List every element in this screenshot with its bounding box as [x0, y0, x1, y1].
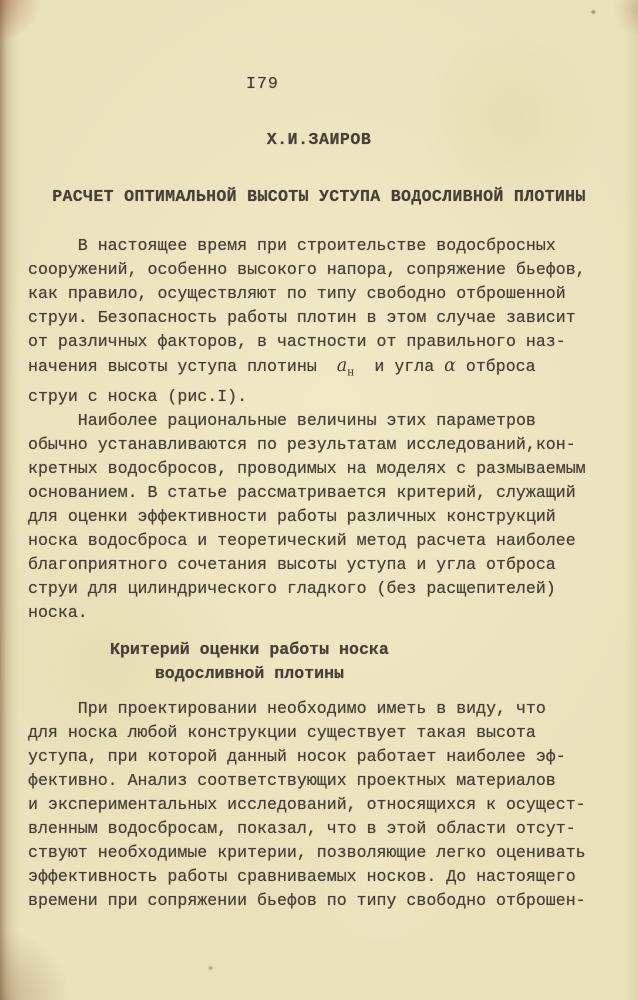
- article-title: РАСЧЕТ ОПТИМАЛЬНОЙ ВЫСОТЫ УСТУПА ВОДОСЛИ…: [28, 185, 610, 209]
- article-body: В настоящее время при строительстве водо…: [28, 234, 610, 913]
- section-heading: Критерий оценки работы носка водосливной…: [110, 638, 389, 686]
- formula-mid: и угла: [354, 357, 444, 376]
- var-a-base: a: [337, 356, 347, 376]
- paragraph-3: При проектировании необходимо иметь в ви…: [28, 697, 610, 913]
- formula-suffix: отброса: [456, 357, 536, 376]
- paragraph-1-last-line: струи с носка (рис.I).: [28, 385, 610, 409]
- formula-prefix: начения высоты уступа плотины: [28, 357, 337, 376]
- page-content: I79 Х.И.ЗАИРОВ РАСЧЕТ ОПТИМАЛЬНОЙ ВЫСОТЫ…: [0, 0, 638, 913]
- page-number: I79: [246, 72, 610, 96]
- formula-line: начения высоты уступа плотины aн и угла …: [28, 354, 610, 385]
- step-height-variable: aн: [337, 356, 355, 376]
- paragraph-2: Наиболее рациональные величины этих пара…: [28, 409, 610, 625]
- alpha-angle-symbol: α: [444, 356, 456, 376]
- paragraph-1-lines: В настоящее время при строительстве водо…: [28, 234, 610, 354]
- author-name: Х.И.ЗАИРОВ: [28, 128, 610, 152]
- scanned-document-page: I79 Х.И.ЗАИРОВ РАСЧЕТ ОПТИМАЛЬНОЙ ВЫСОТЫ…: [0, 0, 638, 1000]
